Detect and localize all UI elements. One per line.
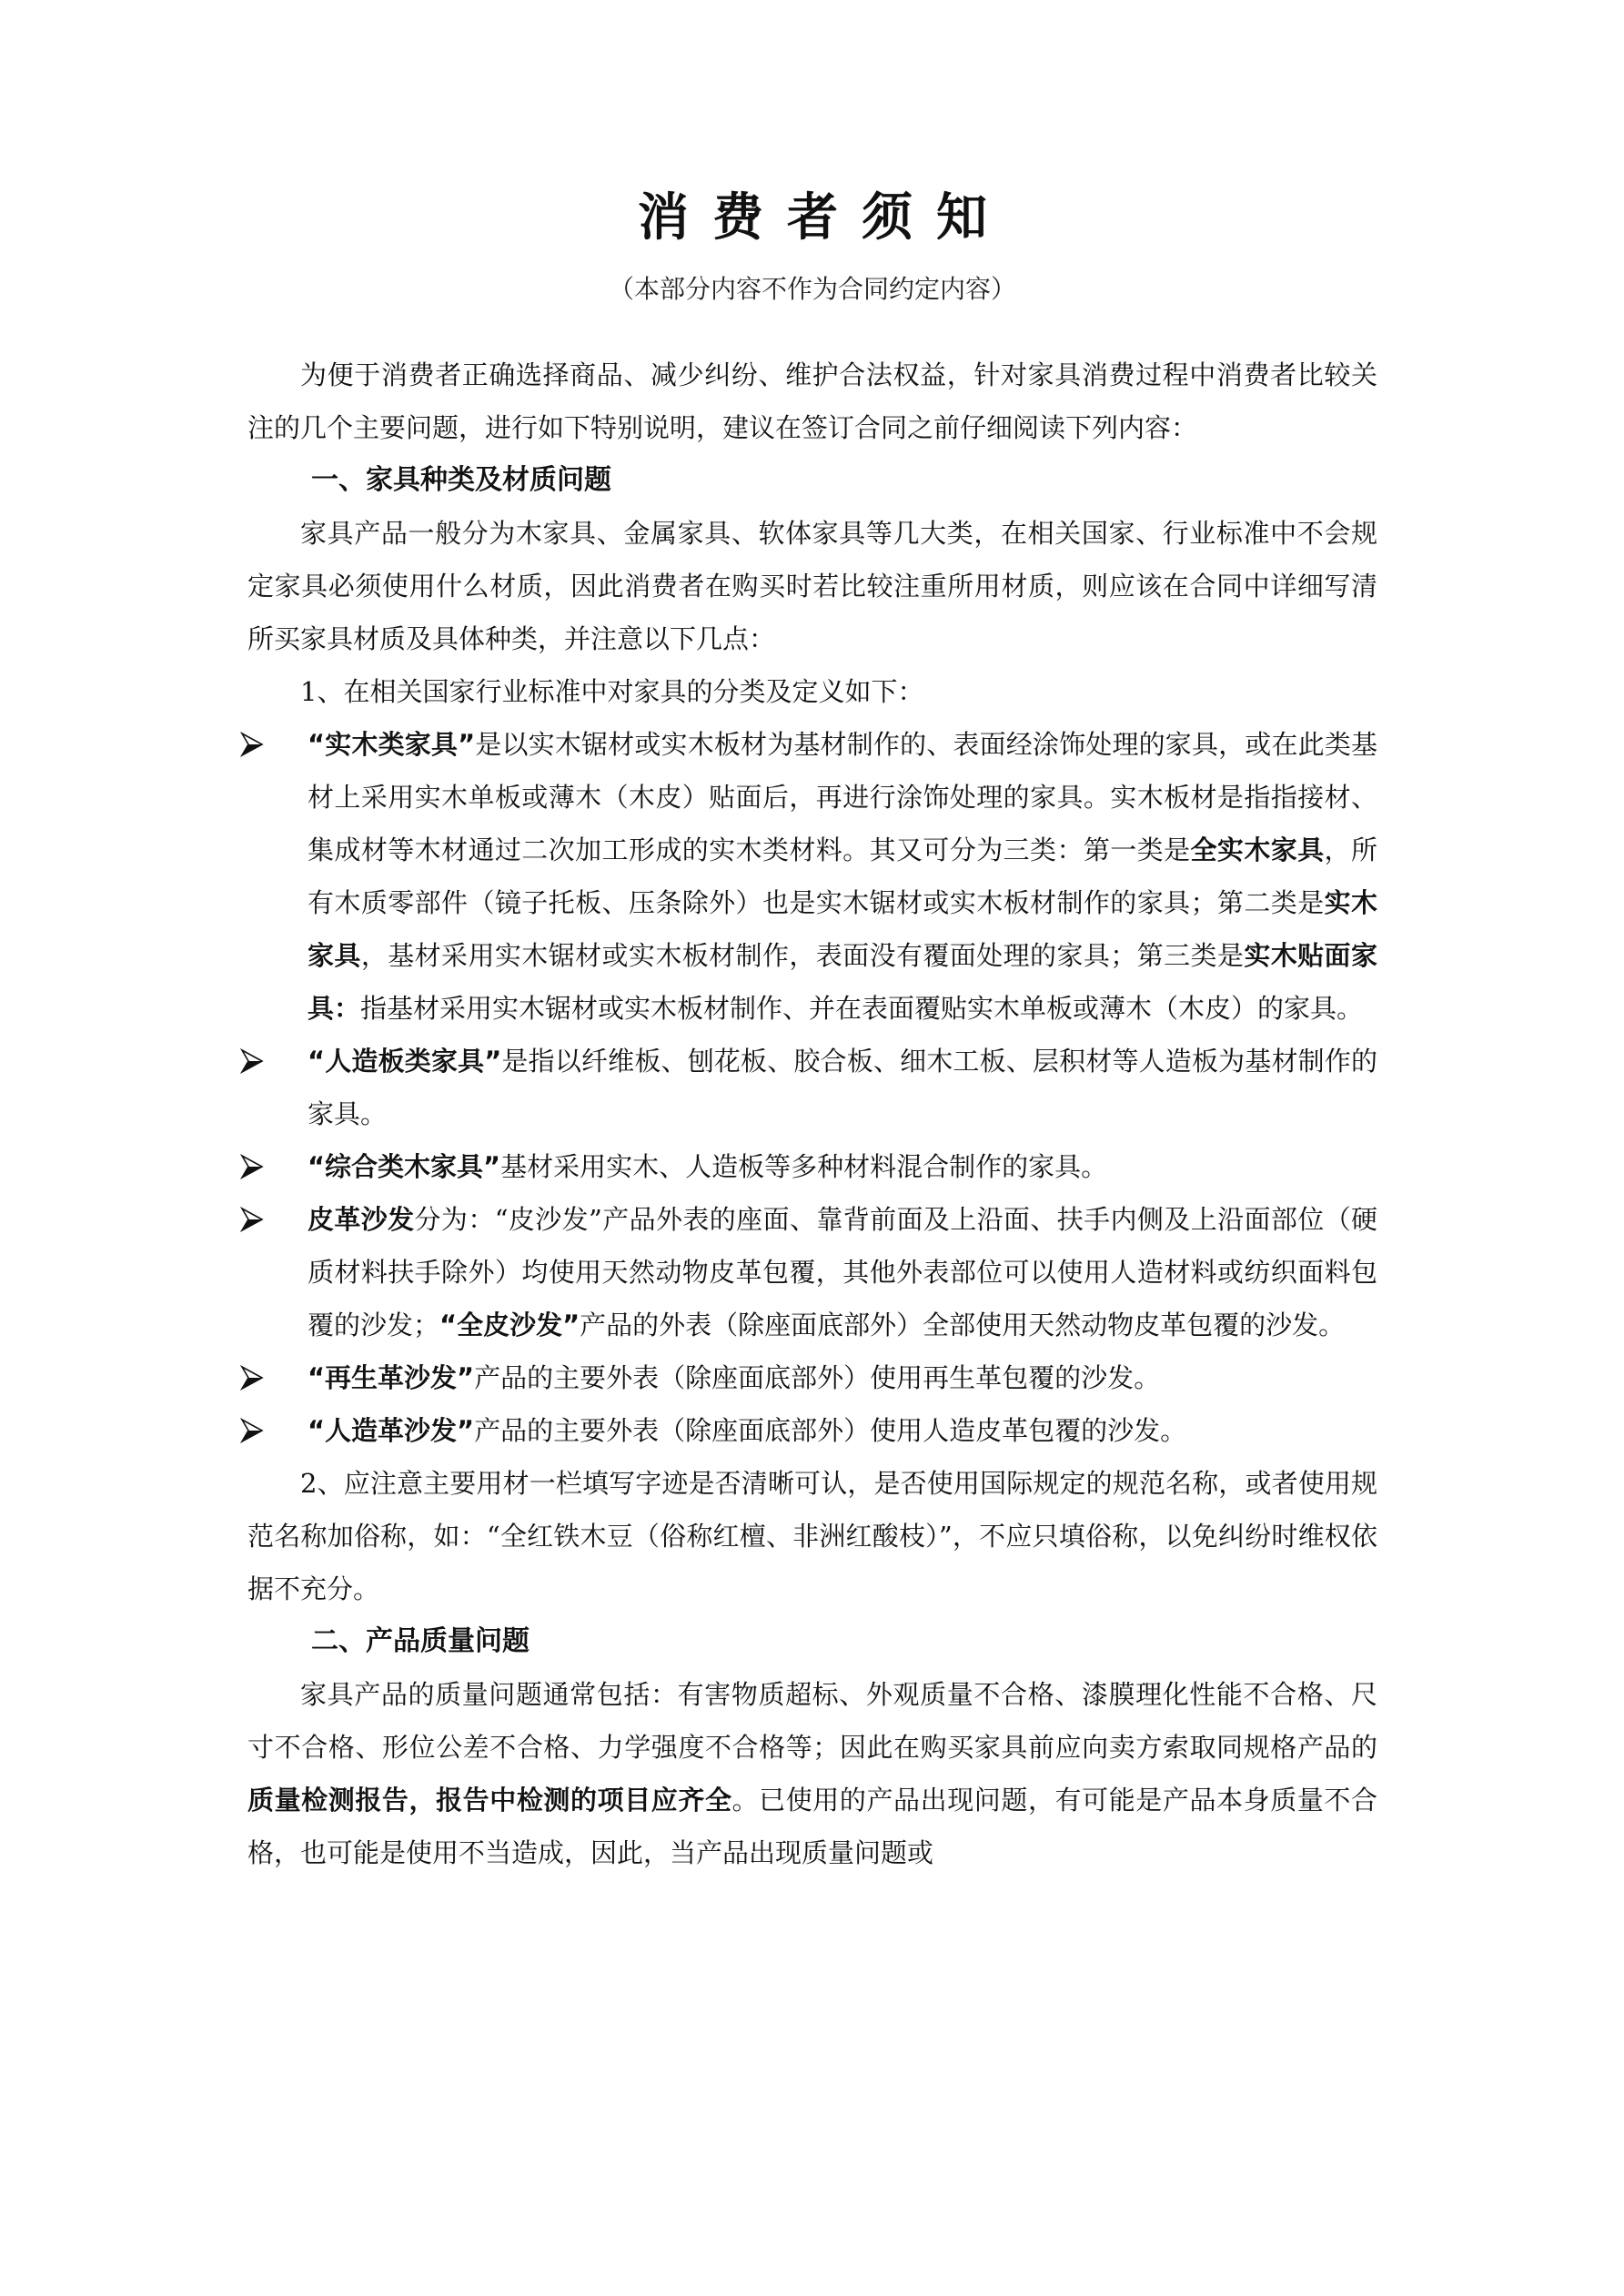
bullet-text: 产品的外表（除座面底部外）全部使用天然动物皮革包覆的沙发。 — [580, 1310, 1345, 1340]
page-subtitle: （本部分内容不作为合同约定内容） — [247, 271, 1377, 308]
bold-term: “全皮沙发” — [439, 1310, 580, 1340]
intro-paragraph: 为便于消费者正确选择商品、减少纠纷、维护合法权益，针对家具消费过程中消费者比较关… — [247, 349, 1377, 454]
arrow-bullet-icon — [240, 1404, 277, 1457]
bullet-text: 产品的主要外表（除座面底部外）使用人造皮革包覆的沙发。 — [474, 1415, 1186, 1446]
bullet-text: 基材采用实木、人造板等多种材料混合制作的家具。 — [500, 1151, 1107, 1182]
section1-point2: 2、应注意主要用材一栏填写字迹是否清晰可认，是否使用国际规定的规范名称，或者使用… — [247, 1457, 1377, 1615]
bullet-text: 指基材采用实木锯材或实木板材制作、并在表面覆贴实木单板或薄木（木皮）的家具。 — [360, 993, 1363, 1024]
bullet-content: “再生革沙发”产品的主要外表（除座面底部外）使用再生革包覆的沙发。 — [308, 1362, 1160, 1393]
arrow-bullet-icon — [240, 1193, 277, 1246]
arrow-bullet-icon — [240, 718, 277, 771]
section2-text-a: 家具产品的质量问题通常包括：有害物质超标、外观质量不合格、漆膜理化性能不合格、尺… — [247, 1679, 1377, 1763]
bold-term: 全实木家具 — [1191, 834, 1325, 865]
arrow-bullet-icon — [240, 1351, 277, 1404]
document-body: 为便于消费者正确选择商品、减少纠纷、维护合法权益，针对家具消费过程中消费者比较关… — [247, 349, 1377, 1879]
bullet-item: “实木类家具”是以实木锯材或实木板材为基材制作的、表面经涂饰处理的家具，或在此类… — [247, 718, 1377, 1035]
bullet-item: 皮革沙发分为：“皮沙发”产品外表的座面、靠背前面及上沿面、扶手内侧及上沿面部位（… — [247, 1193, 1377, 1351]
bullet-content: “人造板类家具”是指以纤维板、刨花板、胶合板、细木工板、层积材等人造板为基材制作… — [308, 1046, 1377, 1129]
section2-bold: 质量检测报告，报告中检测的项目应齐全 — [247, 1785, 732, 1816]
bullet-item: “人造革沙发”产品的主要外表（除座面底部外）使用人造皮革包覆的沙发。 — [247, 1404, 1377, 1457]
bold-term: “综合类木家具” — [308, 1151, 500, 1182]
bullet-content: “综合类木家具”基材采用实木、人造板等多种材料混合制作的家具。 — [308, 1151, 1107, 1182]
bold-term: “实木类家具” — [308, 729, 475, 760]
bullet-content: “人造革沙发”产品的主要外表（除座面底部外）使用人造皮革包覆的沙发。 — [308, 1415, 1186, 1446]
arrow-bullet-icon — [240, 1035, 277, 1087]
bullet-content: “实木类家具”是以实木锯材或实木板材为基材制作的、表面经涂饰处理的家具，或在此类… — [308, 729, 1377, 1024]
section2-paragraph: 家具产品的质量问题通常包括：有害物质超标、外观质量不合格、漆膜理化性能不合格、尺… — [247, 1668, 1377, 1879]
bullet-text: ，基材采用实木锯材或实木板材制作，表面没有覆面处理的家具；第三类是 — [361, 940, 1245, 971]
bullet-item: “综合类木家具”基材采用实木、人造板等多种材料混合制作的家具。 — [247, 1140, 1377, 1193]
bullet-content: 皮革沙发分为：“皮沙发”产品外表的座面、靠背前面及上沿面、扶手内侧及上沿面部位（… — [308, 1204, 1377, 1340]
bold-term: 皮革沙发 — [308, 1204, 415, 1235]
bullet-item: “人造板类家具”是指以纤维板、刨花板、胶合板、细木工板、层积材等人造板为基材制作… — [247, 1035, 1377, 1140]
section1-paragraph: 家具产品一般分为木家具、金属家具、软体家具等几大类，在相关国家、行业标准中不会规… — [247, 507, 1377, 665]
section-heading-1: 一、家具种类及材质问题 — [247, 454, 1377, 507]
bold-term: “人造板类家具” — [308, 1046, 501, 1077]
bullet-text: 产品的主要外表（除座面底部外）使用再生革包覆的沙发。 — [474, 1362, 1160, 1393]
section-heading-2: 二、产品质量问题 — [247, 1615, 1377, 1668]
arrow-bullet-icon — [240, 1140, 277, 1193]
section1-point1: 1、在相关国家行业标准中对家具的分类及定义如下： — [247, 665, 1377, 718]
bold-term: “再生革沙发” — [308, 1362, 474, 1393]
bullet-item: “再生革沙发”产品的主要外表（除座面底部外）使用再生革包覆的沙发。 — [247, 1351, 1377, 1404]
page-title: 消费者须知 — [247, 187, 1377, 250]
bullet-list: “实木类家具”是以实木锯材或实木板材为基材制作的、表面经涂饰处理的家具，或在此类… — [247, 718, 1377, 1457]
bold-term: “人造革沙发” — [308, 1415, 474, 1446]
